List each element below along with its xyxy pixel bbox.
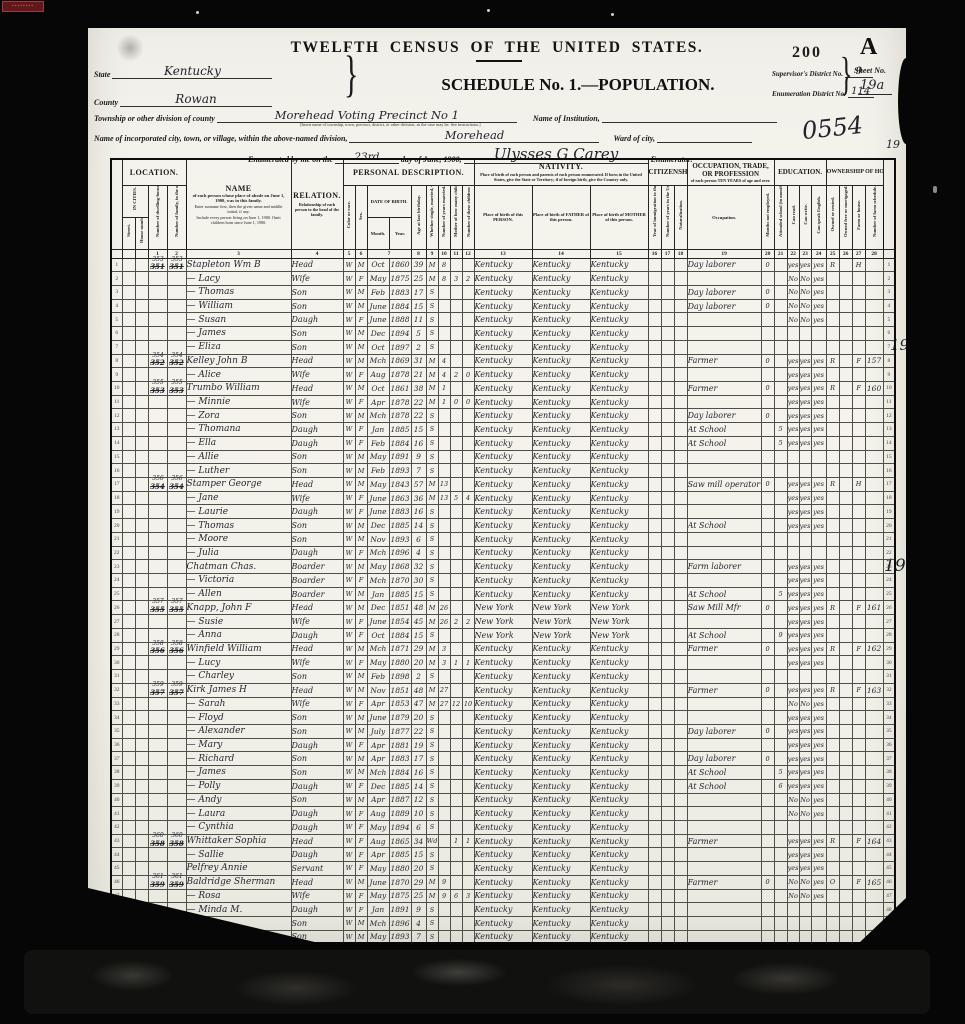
cell-family-number [167,711,186,725]
cell-can-read: yes [787,766,799,780]
cell-age: 19 [411,738,426,752]
cell-name: — Richard [186,752,291,766]
cell-house-number [135,711,148,725]
cell-occupation [687,491,761,505]
cell-age: 15 [411,587,426,601]
cell-attended-school [774,491,787,505]
cell-mother-of-children [450,738,462,752]
cell-owned-or-rented [826,327,839,341]
cell-can-read: yes [787,615,799,629]
cell-sex: M [355,285,367,299]
cell-mother-of-children: 2 [450,368,462,382]
cell-immigration-year [648,656,661,670]
cell-sex: M [355,917,367,931]
cell-birthplace: Kentucky [474,656,532,670]
street-header: Street. [122,217,135,249]
cell-can-read: yes [787,368,799,382]
cell-color-race: W [343,285,355,299]
cell-color-race: W [343,299,355,313]
cell-owned-free-mortgaged [839,766,852,780]
cell-months-not-employed: 0 [761,381,774,395]
cell-mother-birthplace: Kentucky [590,834,648,848]
cell-mother-birthplace: Kentucky [590,327,648,341]
scan-border-left [0,0,88,1024]
cell-years-in-us [661,711,674,725]
cell-street [122,505,135,519]
cell-farm-or-house [852,409,865,423]
cell-mother-birthplace: Kentucky [590,532,648,546]
cell-years-married [438,423,450,437]
cell-owned-free-mortgaged [839,450,852,464]
cell-can-speak-english: yes [811,423,826,437]
cell-relation: Daugh [291,807,343,821]
cell-owned-or-rented [826,313,839,327]
cell-birth-month: Apr [367,697,389,711]
row-number-column-header [111,159,122,249]
cell-mother-birthplace: Kentucky [590,779,648,793]
cell-birthplace: Kentucky [474,354,532,368]
cell-marital-status: S [426,903,438,917]
cell-owned-free-mortgaged [839,409,852,423]
cell-birth-year: 1853 [389,697,411,711]
cell-immigration-year [648,354,661,368]
table-row: 23Chatman Chas.BoarderWMMay186832SKentuc… [111,560,895,574]
cell-row-number: 38 [883,766,895,780]
cell-immigration-year [648,450,661,464]
cell-relation: Daugh [291,313,343,327]
farm-schedule-number-header: Number of farm schedule. [865,185,883,249]
cell-father-birthplace: Kentucky [532,409,590,423]
cell-birthplace: Kentucky [474,409,532,423]
cell-years-in-us [661,574,674,588]
cell-owned-or-rented [826,423,839,437]
cell-farm-schedule-number [865,532,883,546]
cell-farm-schedule-number [865,560,883,574]
cell-years-in-us [661,903,674,917]
cell-farm-or-house [852,436,865,450]
table-row: 38— JamesSonWMMch188416SKentuckyKentucky… [111,766,895,780]
cell-children-living [462,436,474,450]
cell-row-number: 43 [883,834,895,848]
cell-can-read: No [787,272,799,286]
cell-color-race: W [343,903,355,917]
cell-father-birthplace: Kentucky [532,834,590,848]
cell-marital-status: S [426,738,438,752]
cell-mother-birthplace: Kentucky [590,889,648,903]
cell-birthplace: Kentucky [474,779,532,793]
cell-sex: M [355,327,367,341]
cell-attended-school [774,615,787,629]
cell-sex: F [355,738,367,752]
column-number-row: 1 2 3 4 5 6 7 8 9 10 11 12 13 14 15 16 1… [111,249,895,258]
cell-owned-free-mortgaged [839,738,852,752]
cell-farm-or-house: F [852,875,865,889]
cell-birth-year: 1851 [389,683,411,697]
cell-age: 48 [411,683,426,697]
cell-color-race: W [343,628,355,642]
cell-street [122,711,135,725]
cell-occupation [687,862,761,876]
cell-occupation [687,820,761,834]
cell-mother-birthplace: Kentucky [590,285,648,299]
cell-months-not-employed [761,272,774,286]
cell-occupation [687,711,761,725]
cell-mother-of-children [450,574,462,588]
cell-farm-or-house [852,779,865,793]
cell-can-read: yes [787,409,799,423]
cell-immigration-year [648,478,661,492]
cell-naturalization [674,423,687,437]
cell-birthplace: Kentucky [474,683,532,697]
cell-relation: Wife [291,615,343,629]
cell-father-birthplace: Kentucky [532,779,590,793]
cell-months-not-employed [761,670,774,684]
cell-occupation [687,697,761,711]
cell-years-married [438,903,450,917]
cell-birth-year: 1885 [389,587,411,601]
cell-relation: Head [291,478,343,492]
cell-age: 16 [411,436,426,450]
cell-mother-of-children [450,532,462,546]
column-number: 9 [426,249,438,258]
cell-family-number: 361359 [167,875,186,889]
cell-birth-month: June [367,505,389,519]
cell-row-number: 28 [111,628,122,642]
cell-marital-status: S [426,711,438,725]
cell-family-number [167,327,186,341]
cell-dwelling-number [148,409,167,423]
cell-name: — Eliza [186,340,291,354]
cell-relation: Head [291,354,343,368]
cell-farm-or-house [852,862,865,876]
cell-can-speak-english: yes [811,697,826,711]
cell-color-race: W [343,450,355,464]
cell-age: 9 [411,903,426,917]
cell-mother-of-children [450,423,462,437]
cell-sex: F [355,272,367,286]
cell-marital-status: S [426,862,438,876]
cell-name: — Anna [186,628,291,642]
cell-row-number: 31 [111,670,122,684]
cell-owned-free-mortgaged [839,642,852,656]
cell-immigration-year [648,409,661,423]
cell-naturalization [674,574,687,588]
cell-can-speak-english: yes [811,738,826,752]
cell-birth-month: Oct [367,628,389,642]
cell-mother-birthplace: Kentucky [590,793,648,807]
cell-owned-free-mortgaged [839,807,852,821]
cell-father-birthplace: Kentucky [532,368,590,382]
cell-father-birthplace: Kentucky [532,903,590,917]
cell-occupation [687,670,761,684]
cell-children-living [462,724,474,738]
cell-farm-schedule-number [865,793,883,807]
table-body: 1353351353351Stapleton Wm BHeadWMOct1860… [111,258,895,944]
cell-name: Pelfrey Annie [186,862,291,876]
cell-birth-year: 1898 [389,670,411,684]
cell-can-speak-english: yes [811,299,826,313]
cell-naturalization [674,711,687,725]
cell-can-speak-english [811,464,826,478]
cell-months-not-employed [761,587,774,601]
cell-marital-status: M [426,656,438,670]
cell-birthplace: Kentucky [474,670,532,684]
cell-children-living [462,258,474,272]
cell-house-number [135,409,148,423]
cell-marital-status: S [426,423,438,437]
cell-farm-or-house [852,340,865,354]
table-row: 19— LaurieDaughWFJune188316SKentuckyKent… [111,505,895,519]
cell-mother-birthplace: Kentucky [590,574,648,588]
cell-dwelling-number [148,560,167,574]
cell-farm-or-house: F [852,601,865,615]
cell-age: 5 [411,327,426,341]
cell-marital-status: S [426,409,438,423]
cell-street [122,587,135,601]
cell-mother-of-children: 0 [450,395,462,409]
cell-owned-free-mortgaged [839,670,852,684]
cell-occupation [687,793,761,807]
cell-months-not-employed [761,615,774,629]
cell-years-married [438,436,450,450]
cell-father-birthplace: Kentucky [532,642,590,656]
cell-months-not-employed [761,656,774,670]
marital-status-header: Whether single, married, widowed, or div… [426,185,438,249]
cell-years-in-us [661,546,674,560]
table-row: 24— VictoriaBoarderWFMch187030SKentuckyK… [111,574,895,588]
cell-can-read: yes [787,601,799,615]
cell-row-number: 12 [883,409,895,423]
cell-name: — Allen [186,587,291,601]
cell-color-race: W [343,766,355,780]
cell-naturalization [674,285,687,299]
cell-birth-month: May [367,820,389,834]
column-number: 22 [787,249,799,258]
cell-birth-month: June [367,615,389,629]
cell-years-married [438,779,450,793]
cell-family-number [167,848,186,862]
cell-attended-school [774,642,787,656]
cell-owned-or-rented [826,766,839,780]
cell-owned-free-mortgaged [839,423,852,437]
cell-sex: M [355,601,367,615]
cell-mother-of-children [450,807,462,821]
cell-birth-month: Oct [367,381,389,395]
cell-mother-birthplace: Kentucky [590,381,648,395]
cell-name: — Polly [186,779,291,793]
cell-naturalization [674,724,687,738]
cell-can-read: yes [787,642,799,656]
can-write-header: Can write. [799,185,811,249]
cell-farm-schedule-number: 162 [865,642,883,656]
cell-name: — Thomana [186,423,291,437]
cell-can-write: yes [799,587,811,601]
cell-can-read: yes [787,560,799,574]
cell-can-speak-english [811,546,826,560]
cell-children-living [462,313,474,327]
cell-color-race: W [343,354,355,368]
cell-owned-free-mortgaged [839,587,852,601]
cell-immigration-year [648,574,661,588]
cell-dwelling-number [148,532,167,546]
cell-months-not-employed: 0 [761,258,774,272]
cell-farm-schedule-number [865,903,883,917]
cell-years-married [438,628,450,642]
cell-house-number [135,532,148,546]
county-label: County [94,98,118,107]
cell-age: 29 [411,875,426,889]
cell-years-in-us [661,423,674,437]
cell-house-number [135,848,148,862]
cell-naturalization [674,478,687,492]
cell-attended-school [774,917,787,931]
cell-owned-free-mortgaged [839,546,852,560]
cell-farm-schedule-number [865,711,883,725]
cell-mother-of-children [450,587,462,601]
cell-attended-school [774,395,787,409]
cell-relation: Head [291,601,343,615]
cell-father-birthplace: Kentucky [532,656,590,670]
cell-color-race: W [343,683,355,697]
years-married-header: Number of years married. [438,185,450,249]
cell-relation: Wife [291,697,343,711]
cell-owned-free-mortgaged [839,436,852,450]
cell-farm-or-house [852,313,865,327]
cell-farm-schedule-number: 157 [865,354,883,368]
cell-months-not-employed [761,519,774,533]
name-note1: Enter surname first, then the given name… [187,203,291,214]
cell-marital-status: S [426,752,438,766]
cell-sex: F [355,313,367,327]
cell-color-race: W [343,478,355,492]
cell-row-number: 8 [883,354,895,368]
cell-family-number [167,409,186,423]
cell-children-living [462,807,474,821]
cell-farm-or-house [852,793,865,807]
cell-can-speak-english: yes [811,724,826,738]
cell-mother-of-children [450,724,462,738]
cell-dwelling-number: 360358 [148,834,167,848]
cell-row-number: 14 [883,436,895,450]
cell-age: 15 [411,848,426,862]
cell-house-number [135,574,148,588]
sheet-no-label: Sheet No. [854,66,886,75]
cell-attended-school [774,464,787,478]
cell-dwelling-number [148,711,167,725]
cell-years-married [438,724,450,738]
cell-color-race: W [343,807,355,821]
cell-sex: M [355,381,367,395]
cell-family-number [167,532,186,546]
cell-row-number: 44 [111,848,122,862]
cell-relation: Head [291,642,343,656]
cell-relation: Daugh [291,779,343,793]
cell-dwelling-number [148,450,167,464]
cell-mother-of-children [450,519,462,533]
cell-mother-of-children [450,848,462,862]
cell-house-number [135,491,148,505]
cell-birth-month: July [367,724,389,738]
cell-can-write: yes [799,738,811,752]
cell-birth-month: June [367,313,389,327]
cell-farm-schedule-number [865,519,883,533]
cell-street [122,285,135,299]
cell-mother-birthplace: Kentucky [590,862,648,876]
cell-color-race: W [343,875,355,889]
cell-father-birthplace: Kentucky [532,272,590,286]
cell-sex: F [355,423,367,437]
cell-naturalization [674,436,687,450]
cell-birthplace: Kentucky [474,574,532,588]
cell-attended-school [774,793,787,807]
state-field: State Kentucky [94,64,272,79]
cell-father-birthplace: Kentucky [532,560,590,574]
cell-marital-status: M [426,478,438,492]
cell-age: 57 [411,478,426,492]
cell-birth-year: 1883 [389,505,411,519]
cell-father-birthplace: Kentucky [532,340,590,354]
column-number: 21 [774,249,787,258]
cell-farm-or-house [852,368,865,382]
cell-birth-month: Apr [367,395,389,409]
cell-occupation: Farm laborer [687,560,761,574]
cell-mother-of-children [450,628,462,642]
cell-birth-month: Mch [367,642,389,656]
cell-months-not-employed: 0 [761,642,774,656]
cell-relation: Daugh [291,436,343,450]
occupation-column-header: Occupation. [687,185,761,249]
cell-attended-school: 6 [774,779,787,793]
cell-children-living [462,875,474,889]
cell-house-number [135,395,148,409]
cell-months-not-employed [761,313,774,327]
cell-age: 32 [411,560,426,574]
cell-mother-of-children [450,258,462,272]
cell-age: 25 [411,272,426,286]
cell-occupation [687,313,761,327]
cell-age: 12 [411,793,426,807]
cell-birthplace: Kentucky [474,697,532,711]
cell-occupation: Day laborer [687,409,761,423]
cell-relation: Son [291,793,343,807]
cell-sex: F [355,368,367,382]
cell-years-in-us [661,738,674,752]
cell-occupation: Farmer [687,642,761,656]
cell-birthplace: Kentucky [474,258,532,272]
cell-months-not-employed [761,834,774,848]
cell-age: 7 [411,464,426,478]
cell-birthplace: Kentucky [474,766,532,780]
cell-naturalization [674,519,687,533]
cell-birthplace: Kentucky [474,724,532,738]
cell-birth-year: 1875 [389,889,411,903]
cell-color-race: W [343,368,355,382]
table-header: LOCATION. NAME of each person whose plac… [111,159,895,258]
cell-birthplace: Kentucky [474,272,532,286]
cell-farm-or-house: F [852,683,865,697]
cell-row-number: 46 [883,875,895,889]
cell-row-number: 42 [111,820,122,834]
cell-farm-or-house [852,327,865,341]
cell-birth-month: Aug [367,368,389,382]
cell-name: Knapp, John F [186,601,291,615]
cell-name: — Julia [186,546,291,560]
cell-birth-month: Nov [367,532,389,546]
cell-months-not-employed [761,340,774,354]
cell-birthplace: Kentucky [474,450,532,464]
cell-farm-schedule-number [865,436,883,450]
cell-relation: Head [291,381,343,395]
